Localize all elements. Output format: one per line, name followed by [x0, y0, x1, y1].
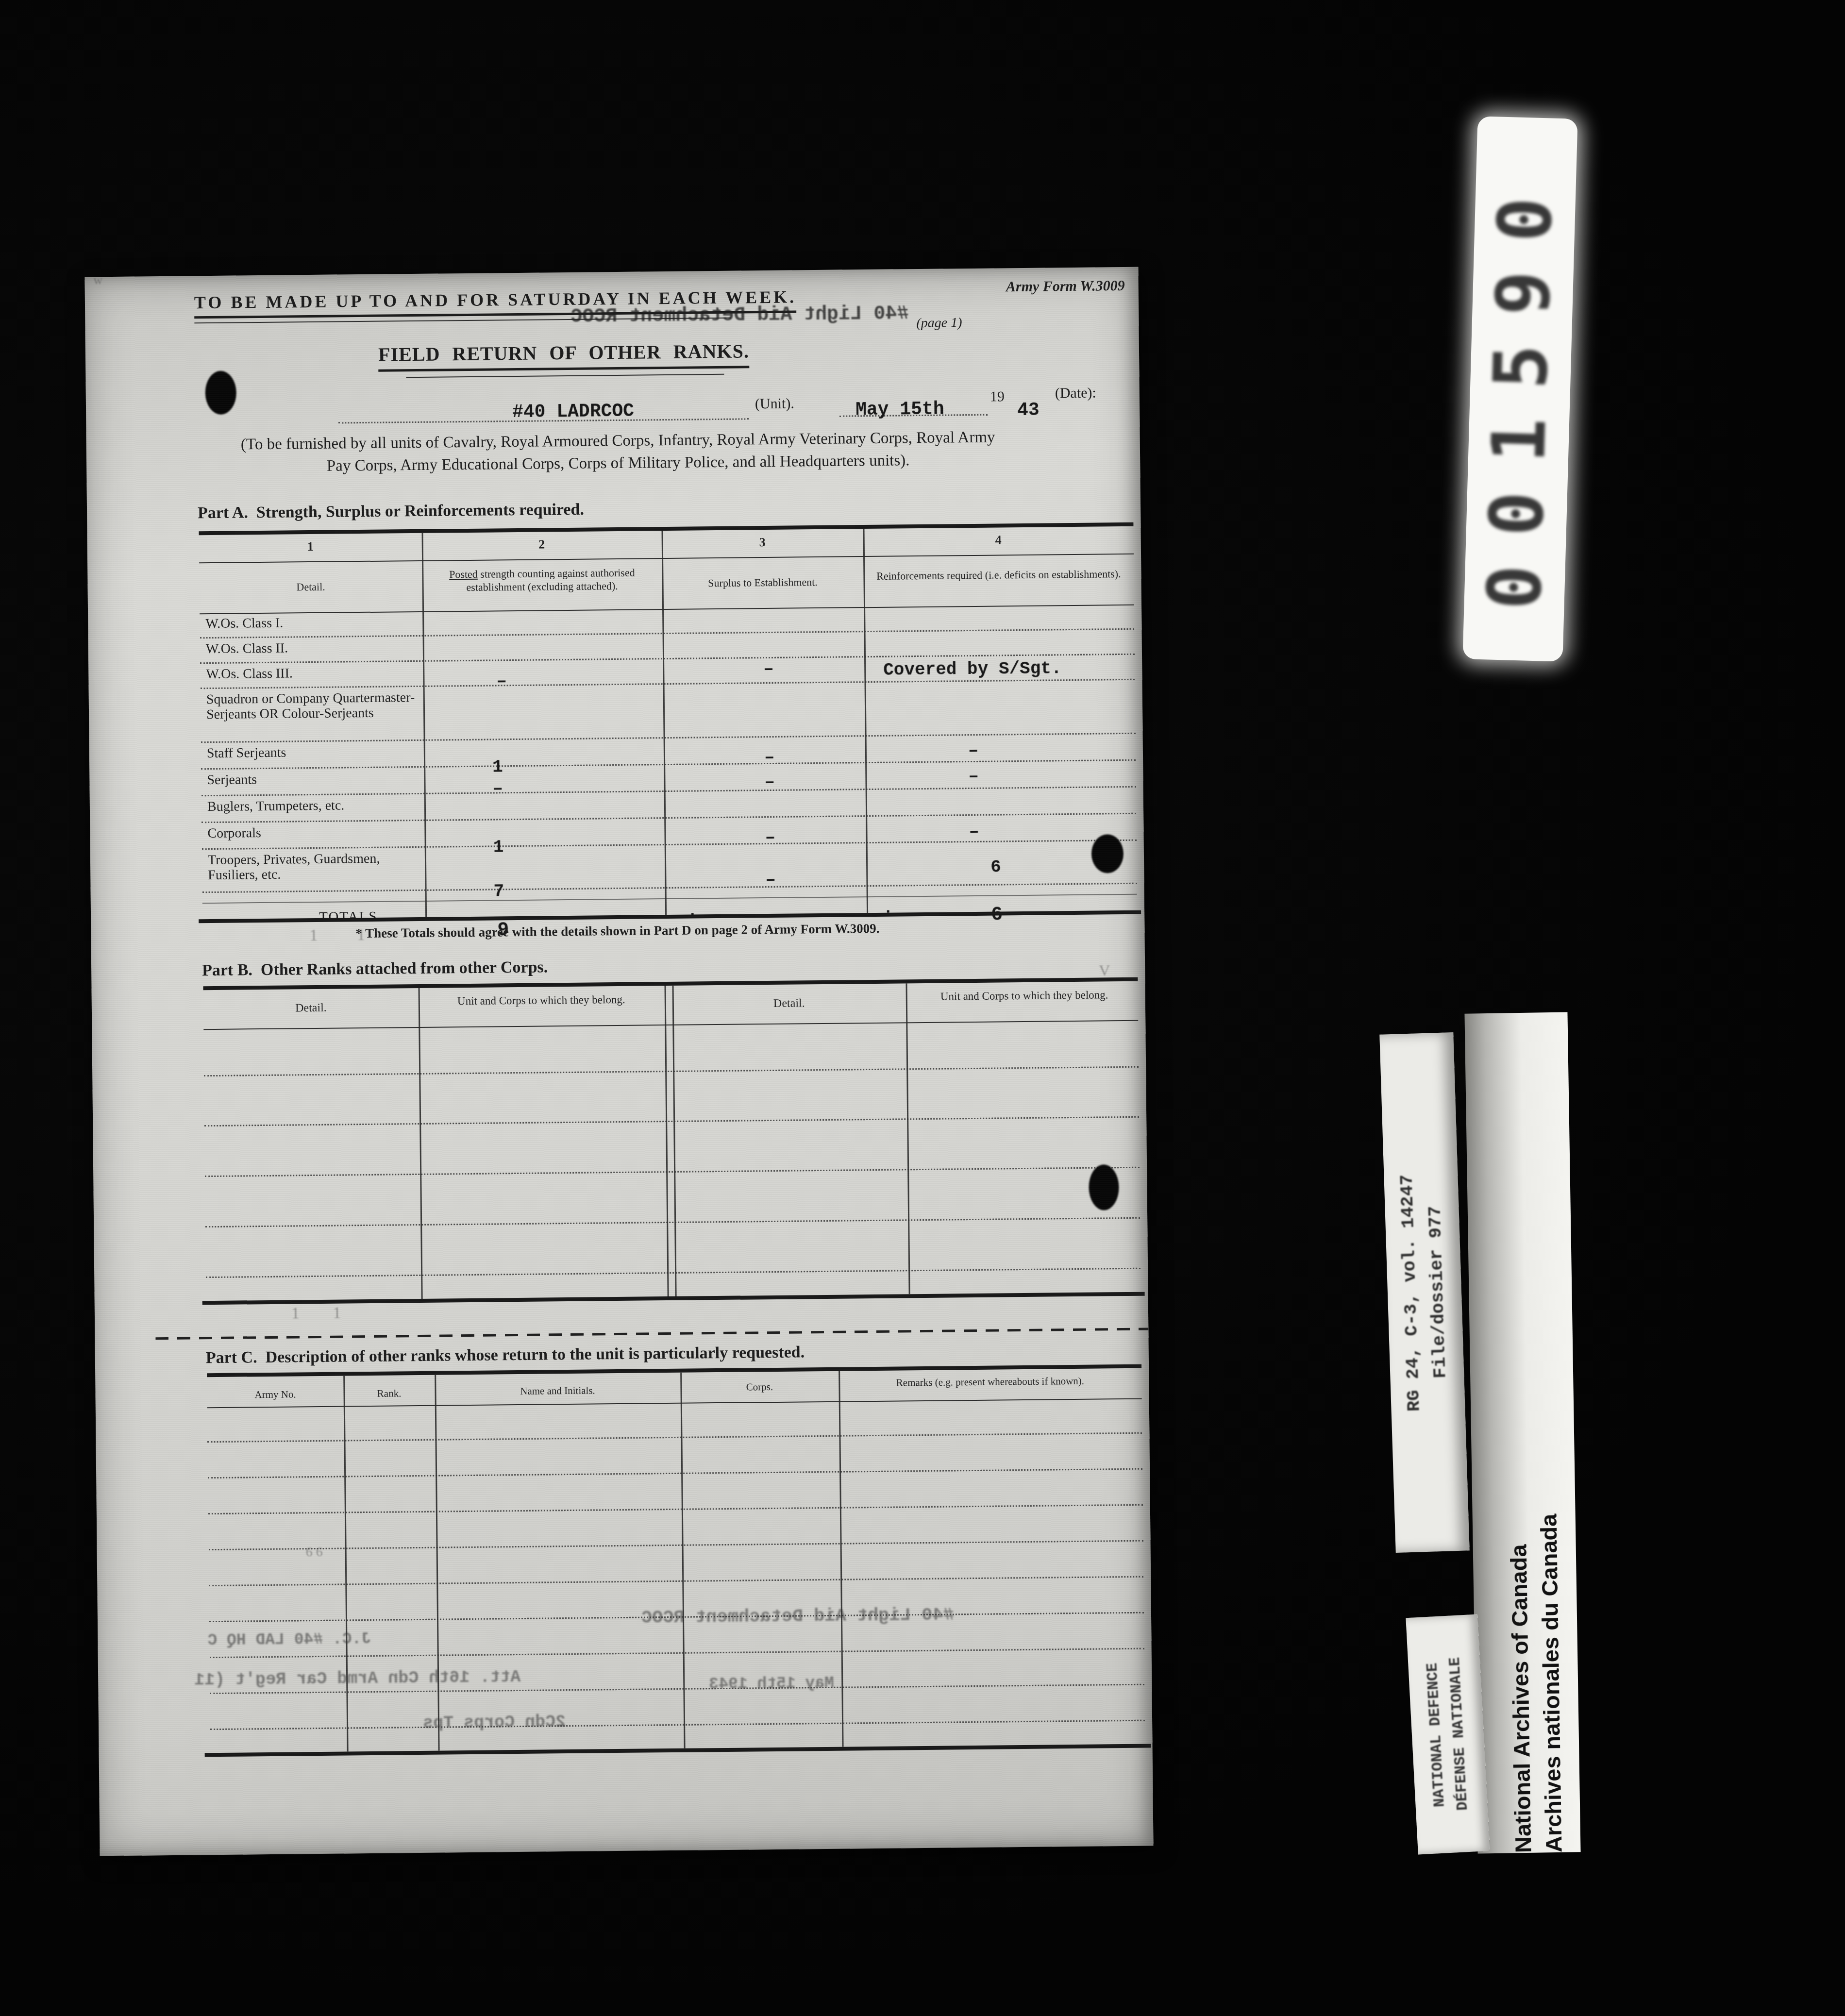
part-c-header-remarks: Remarks (e.g. present whereabouts if kno…	[843, 1374, 1137, 1390]
furnish-note-line2: Pay Corps, Army Educational Corps, Corps…	[125, 450, 1111, 477]
hole-punch-right-1	[1091, 834, 1124, 874]
part-a-heading: Part A. Strength, Surplus or Reinforceme…	[198, 501, 584, 523]
date-label: (Date):	[1055, 385, 1096, 402]
national-defence-strip: NATIONAL DEFENCE DÉFENSE NATIONALE	[1406, 1614, 1490, 1854]
cell-reinforcements: Covered by S/Sgt.	[883, 658, 1062, 680]
part-a-header-posted-rest: strength counting against authorised est…	[466, 567, 635, 593]
mirrored-date-stamp: May 15th 1943	[709, 1674, 834, 1693]
cell-reinforcements: –	[968, 767, 979, 787]
mirrored-unit-stamp-top: #40 Light Aid Detachment RCOC	[570, 303, 909, 328]
mirrored-hq-stamp: J.C. #40 LAD HQ C	[207, 1630, 371, 1649]
hole-punch-left	[205, 371, 236, 415]
mirrored-attachment-stamp: Att. 16th Cdn Armd Car Reg't (11	[194, 1667, 520, 1690]
table-row	[205, 1168, 1140, 1227]
part-b-header-detail-2: Detail.	[672, 996, 906, 1011]
title-underline	[406, 374, 724, 378]
row-label: W.Os. Class I.	[200, 605, 1134, 631]
cell-surplus: –	[763, 659, 774, 679]
cell-surplus: –	[764, 773, 775, 792]
form-title: FIELD RETURN OF OTHER RANKS.	[378, 339, 749, 371]
microfilm-frame: w TO BE MADE UP TO AND FOR SATURDAY IN E…	[0, 0, 1845, 2016]
part-c-table: Army No. Rank. Name and Initials. Corps.…	[207, 1364, 1145, 1757]
pencil-mark-corner: w	[93, 273, 102, 287]
cell-reinforcements: 6	[990, 857, 1001, 877]
part-a-col-number-1: 1	[199, 539, 422, 554]
perforation-dashed-line	[155, 1328, 1148, 1340]
pencil-mark-part-c: 6 6	[306, 1545, 323, 1560]
part-b-header-detail-1: Detail.	[203, 1001, 419, 1016]
table-row	[204, 1068, 1139, 1126]
film-frame-counter-strip: 001590	[1462, 116, 1577, 661]
table-row	[203, 1020, 1139, 1076]
part-a-header-surplus: Surplus to Establishment.	[662, 575, 863, 590]
part-c-header-name: Name and Initials.	[435, 1383, 680, 1399]
part-a-col-number-4: 4	[863, 532, 1134, 548]
part-a-col-number-3: 3	[662, 535, 863, 550]
part-c-header-army-no: Army No.	[207, 1387, 343, 1402]
row-label: Troopers, Privates, Guardsmen, Fusiliers…	[202, 848, 419, 883]
table-row	[204, 1118, 1140, 1177]
archive-dossier-line: File/dossier 977	[1422, 1206, 1454, 1379]
table-row	[205, 1219, 1141, 1278]
mirrored-corps-stamp: 2Cdn Corps Tps	[423, 1712, 566, 1733]
cell-reinforcements: –	[969, 822, 979, 842]
mirrored-unit-stamp: #40 Light Aid Detachment RCOC	[641, 1605, 954, 1628]
part-b-header-unit-1: Unit and Corps to which they belong.	[430, 992, 653, 1008]
date-value: May 15th	[855, 399, 944, 421]
pencil-mark-check: V	[1099, 961, 1110, 979]
part-b-table: Detail. Unit and Corps to which they bel…	[203, 977, 1141, 1305]
cell-reinforcements: –	[968, 741, 979, 761]
date-year-typed: 43	[1017, 400, 1040, 421]
part-b-heading: Part B. Other Ranks attached from other …	[202, 958, 548, 980]
part-a-table: 1 2 3 4 Detail. Posted strength counting…	[199, 522, 1137, 923]
part-a-header-detail: Detail.	[199, 579, 422, 594]
unit-value: #40 LADRCOC	[512, 401, 634, 423]
hole-punch-right-2	[1089, 1164, 1119, 1210]
part-a-header-rule	[199, 554, 1134, 563]
part-a-header-posted-word: Posted	[449, 568, 478, 581]
row-label: Squadron or Company Quartermaster-Serjea…	[201, 687, 418, 722]
film-frame-number: 001590	[1462, 116, 1577, 661]
form-number: Army Form W.3009	[1006, 278, 1125, 295]
pencil-mark-below-part-b: 1 1	[291, 1304, 356, 1323]
part-a-header-reinforcements: Reinforcements required (i.e. deficits o…	[868, 567, 1129, 583]
page-note: (page 1)	[916, 315, 962, 331]
part-b-header-unit-2: Unit and Corps to which they belong.	[911, 988, 1138, 1003]
table-row: Squadron or Company Quartermaster-Serjea…	[201, 680, 1136, 743]
totals-label: TOTALS	[319, 909, 378, 925]
unit-label: (Unit).	[755, 395, 794, 412]
part-c-header-corps: Corps.	[680, 1380, 839, 1394]
date-year-printed: 19	[990, 388, 1005, 405]
archive-reference-strip: RG 24, C-3, vol. 14247 File/dossier 977	[1379, 1032, 1469, 1553]
part-c-heading: Part C. Description of other ranks whose…	[206, 1343, 805, 1367]
army-form-document: w TO BE MADE UP TO AND FOR SATURDAY IN E…	[84, 267, 1153, 1856]
part-c-header-rank: Rank.	[343, 1387, 435, 1401]
part-a-col-number-2: 2	[422, 537, 662, 552]
